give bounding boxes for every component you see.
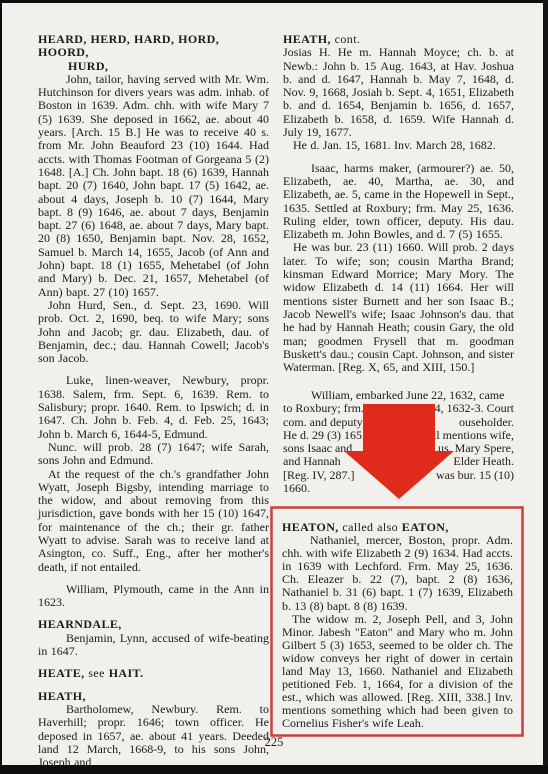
paragraph-nunc-will: Nunc. will prob. 28 (7) 1647; wife Sarah… (38, 441, 269, 468)
page-border-bottom (0, 765, 548, 774)
paragraph-william-roxbury: William, embarked June 22, 1632, came to… (283, 389, 514, 495)
paragraph-widow: The widow m. 2, Joseph Pell, and 3, John… (282, 613, 513, 731)
paragraph-nathaniel: Nathaniel, mercer, Boston, propr. Adm. c… (282, 534, 513, 613)
heading-word: called also (342, 520, 398, 534)
entry-heaton: HEATON, called also EATON, Nathaniel, me… (282, 521, 513, 731)
text-line: and Hannah (283, 455, 341, 468)
page-border-top (0, 0, 548, 3)
heading-word: EATON, (402, 520, 449, 534)
paragraph-benjamin: Benjamin, Lynn, accused of wife-beating … (38, 632, 269, 659)
paragraph-request: At the request of the ch.'s grandfather … (38, 468, 269, 574)
heading-word: HEATE, (38, 666, 85, 680)
heading-line: HEARD, HERD, HARD, HORD, HOORD, (38, 33, 269, 60)
text-line: com. and deputy (283, 416, 363, 429)
text-line: 1660. (283, 482, 310, 495)
page-border-right (543, 0, 548, 774)
heading-line: HURD, (68, 60, 269, 73)
page-number: 225 (0, 735, 548, 750)
heading-word: HEATON, (282, 520, 339, 534)
text-line: [Reg. IV, 287.] (283, 469, 354, 482)
paragraph-he-died: He d. Jan. 15, 1681. Inv. March 28, 1682… (283, 139, 514, 152)
entry-heading-heath: HEATH, (38, 690, 269, 703)
paragraph-john-hurd: John Hurd, Sen., d. Sept. 23, 1690. Will… (38, 299, 269, 365)
paragraph-luke: Luke, linen-weaver, Newbury, propr. 1638… (38, 374, 269, 440)
entry-heading-heath-cont: HEATH, cont. (283, 33, 514, 46)
text-line: to Roxbury; frm. March (283, 402, 398, 415)
paragraph-john: John, tailor, having served with Mr. Wm.… (38, 73, 269, 299)
entry-heading-heard: HEARD, HERD, HARD, HORD, HOORD, HURD, (38, 33, 269, 73)
entry-heading-heate: HEATE, see HAIT. (38, 667, 269, 680)
right-column: HEATH, cont. Josias H. He m. Hannah Moyc… (283, 33, 514, 374)
heading-word: cont. (335, 32, 361, 46)
heading-word: see (88, 666, 105, 680)
text-line: He d. 29 (3) 165 (283, 429, 362, 442)
text-line: William, embarked June 22, 1632, came (283, 389, 504, 402)
heading-word: HAIT. (109, 666, 144, 680)
paragraph-josias: Josias H. He m. Hannah Moyce; ch. b. at … (283, 46, 514, 139)
paragraph-isaac: Isaac, harms maker, (armourer?) ae. 50, … (283, 162, 514, 242)
page-border-left (0, 0, 2, 774)
left-column: HEARD, HERD, HARD, HORD, HOORD, HURD, Jo… (38, 33, 269, 769)
text-line: sons Isaac and (283, 442, 352, 455)
book-page: HEARD, HERD, HARD, HORD, HOORD, HURD, Jo… (0, 0, 548, 774)
paragraph-william-plymouth: William, Plymouth, came in the Ann in 16… (38, 583, 269, 610)
paragraph-burial: He was bur. 23 (11) 1660. Will prob. 2 d… (283, 241, 514, 374)
heading-word: HEATH, (283, 32, 331, 46)
entry-heading-hearndale: HEARNDALE, (38, 618, 269, 631)
